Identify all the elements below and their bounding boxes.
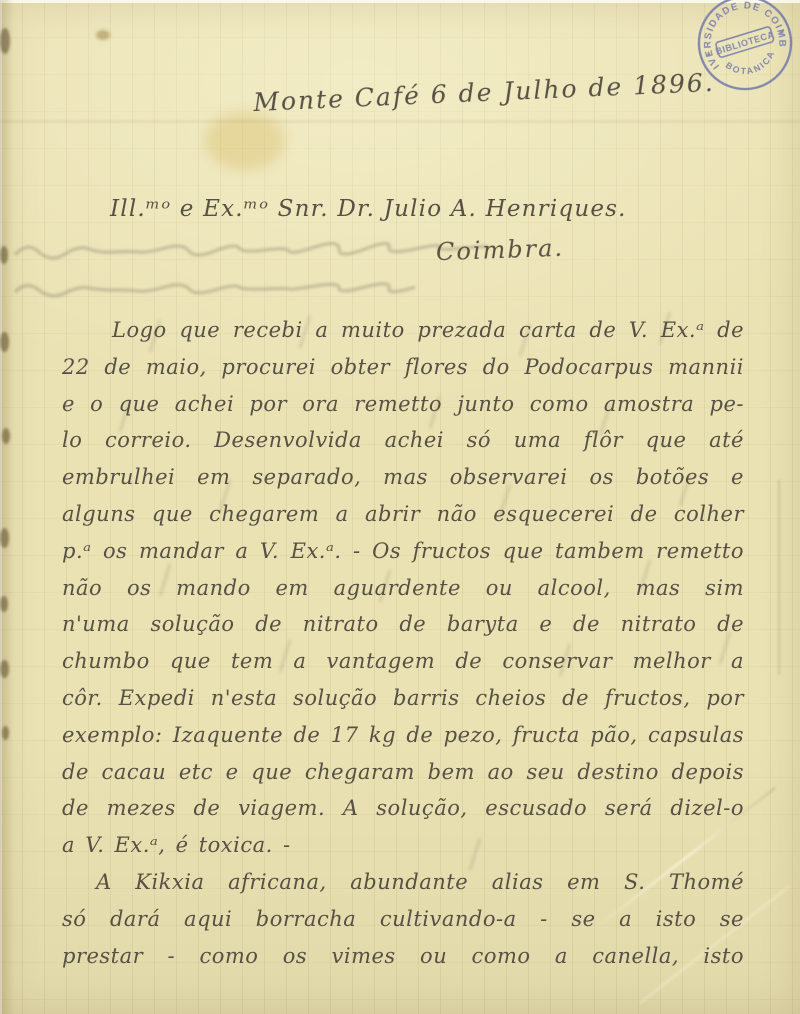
horizontal-crease <box>0 120 800 123</box>
letter-line: p.ᵃ os mandar a V. Ex.ᵃ. - Os fructos qu… <box>62 533 744 570</box>
letter-place: Coimbra. <box>436 234 565 266</box>
edge-blemish <box>2 726 9 740</box>
paper-speck <box>96 30 110 40</box>
edge-blemish <box>2 428 10 444</box>
letter-line: prestar - como os vimes ou como a canell… <box>62 938 744 975</box>
vertical-fold-mark <box>778 480 780 675</box>
letter-line: côr. Expedi n'esta solução barris cheios… <box>62 680 744 717</box>
letter-line: lo correio. Desenvolvida achei só uma fl… <box>62 422 744 459</box>
letter-recipient: Ill.ᵐᵒ e Ex.ᵐᵒ Snr. Dr. Julio A. Henriqu… <box>110 196 627 222</box>
letter-scan-page: UNIVERSIDADE DE COIMBRA BOTANICA BIBLIOT… <box>0 0 800 1014</box>
letter-line: 22 de maio, procurei obter flores do Pod… <box>62 349 744 386</box>
edge-blemish <box>0 246 8 264</box>
letter-line: A Kikxia africana, abundante alias em S.… <box>62 864 744 901</box>
edge-blemish <box>0 528 9 548</box>
edge-blemish <box>0 660 9 678</box>
letter-line: chumbo que tem a vantagem de conservar m… <box>62 643 744 680</box>
letter-line: n'uma solução de nitrato de baryta e de … <box>62 606 744 643</box>
scan-edge-top <box>0 0 800 3</box>
letter-line: alguns que chegarem a abrir não esquecer… <box>62 496 744 533</box>
letter-line: Logo que recebi a muito prezada carta de… <box>62 312 744 349</box>
letter-line: de cacau etc e que chegaram bem ao seu d… <box>62 754 744 791</box>
edge-blemish <box>0 596 8 612</box>
letter-line: embrulhei em separado, mas observarei os… <box>62 459 744 496</box>
letter-line: a V. Ex.ᵃ, é toxica. - <box>62 827 744 864</box>
letter-line: só dará aqui borracha cultivando-a - se … <box>62 901 744 938</box>
edge-blemish <box>0 332 9 352</box>
letter-line: de mezes de viagem. A solução, escusado … <box>62 790 744 827</box>
letter-body: Logo que recebi a muito prezada carta de… <box>62 312 744 974</box>
paper-edge-shadow <box>0 0 14 1014</box>
edge-blemish <box>0 28 10 54</box>
letter-line: e o que achei por ora remetto junto como… <box>62 386 744 423</box>
letter-dateline: Monte Café 6 de Julho de 1896. <box>248 68 721 118</box>
letter-line: exemplo: Izaquente de 17 kg de pezo, fru… <box>62 717 744 754</box>
letter-line: não os mando em aguardente ou alcool, ma… <box>62 570 744 607</box>
